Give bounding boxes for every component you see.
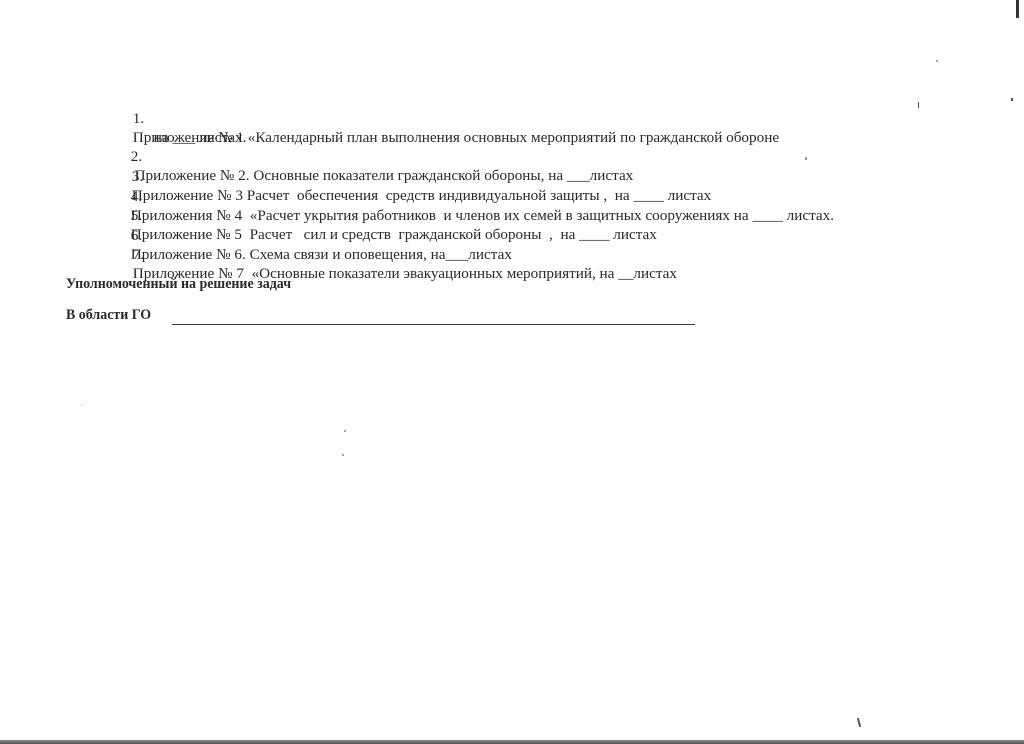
scan-speck [342, 454, 344, 456]
scan-bottom-edge [0, 740, 1024, 744]
scan-speck [936, 60, 938, 62]
scan-speck [805, 157, 807, 160]
scan-speck [857, 718, 861, 727]
signature-line [172, 324, 695, 325]
scan-speck [81, 404, 82, 406]
scan-speck [918, 102, 919, 108]
scan-speck [1011, 98, 1013, 101]
signature-title: Уполномоченный на решение задач [66, 276, 291, 293]
scanned-page: 1. Приложение № 1 «Календарный план выпо… [0, 0, 1024, 744]
signature-label: В области ГО [66, 307, 151, 324]
scan-edge-mark [1016, 0, 1019, 18]
item-number: 7. [133, 246, 144, 263]
scan-speck [344, 430, 346, 432]
